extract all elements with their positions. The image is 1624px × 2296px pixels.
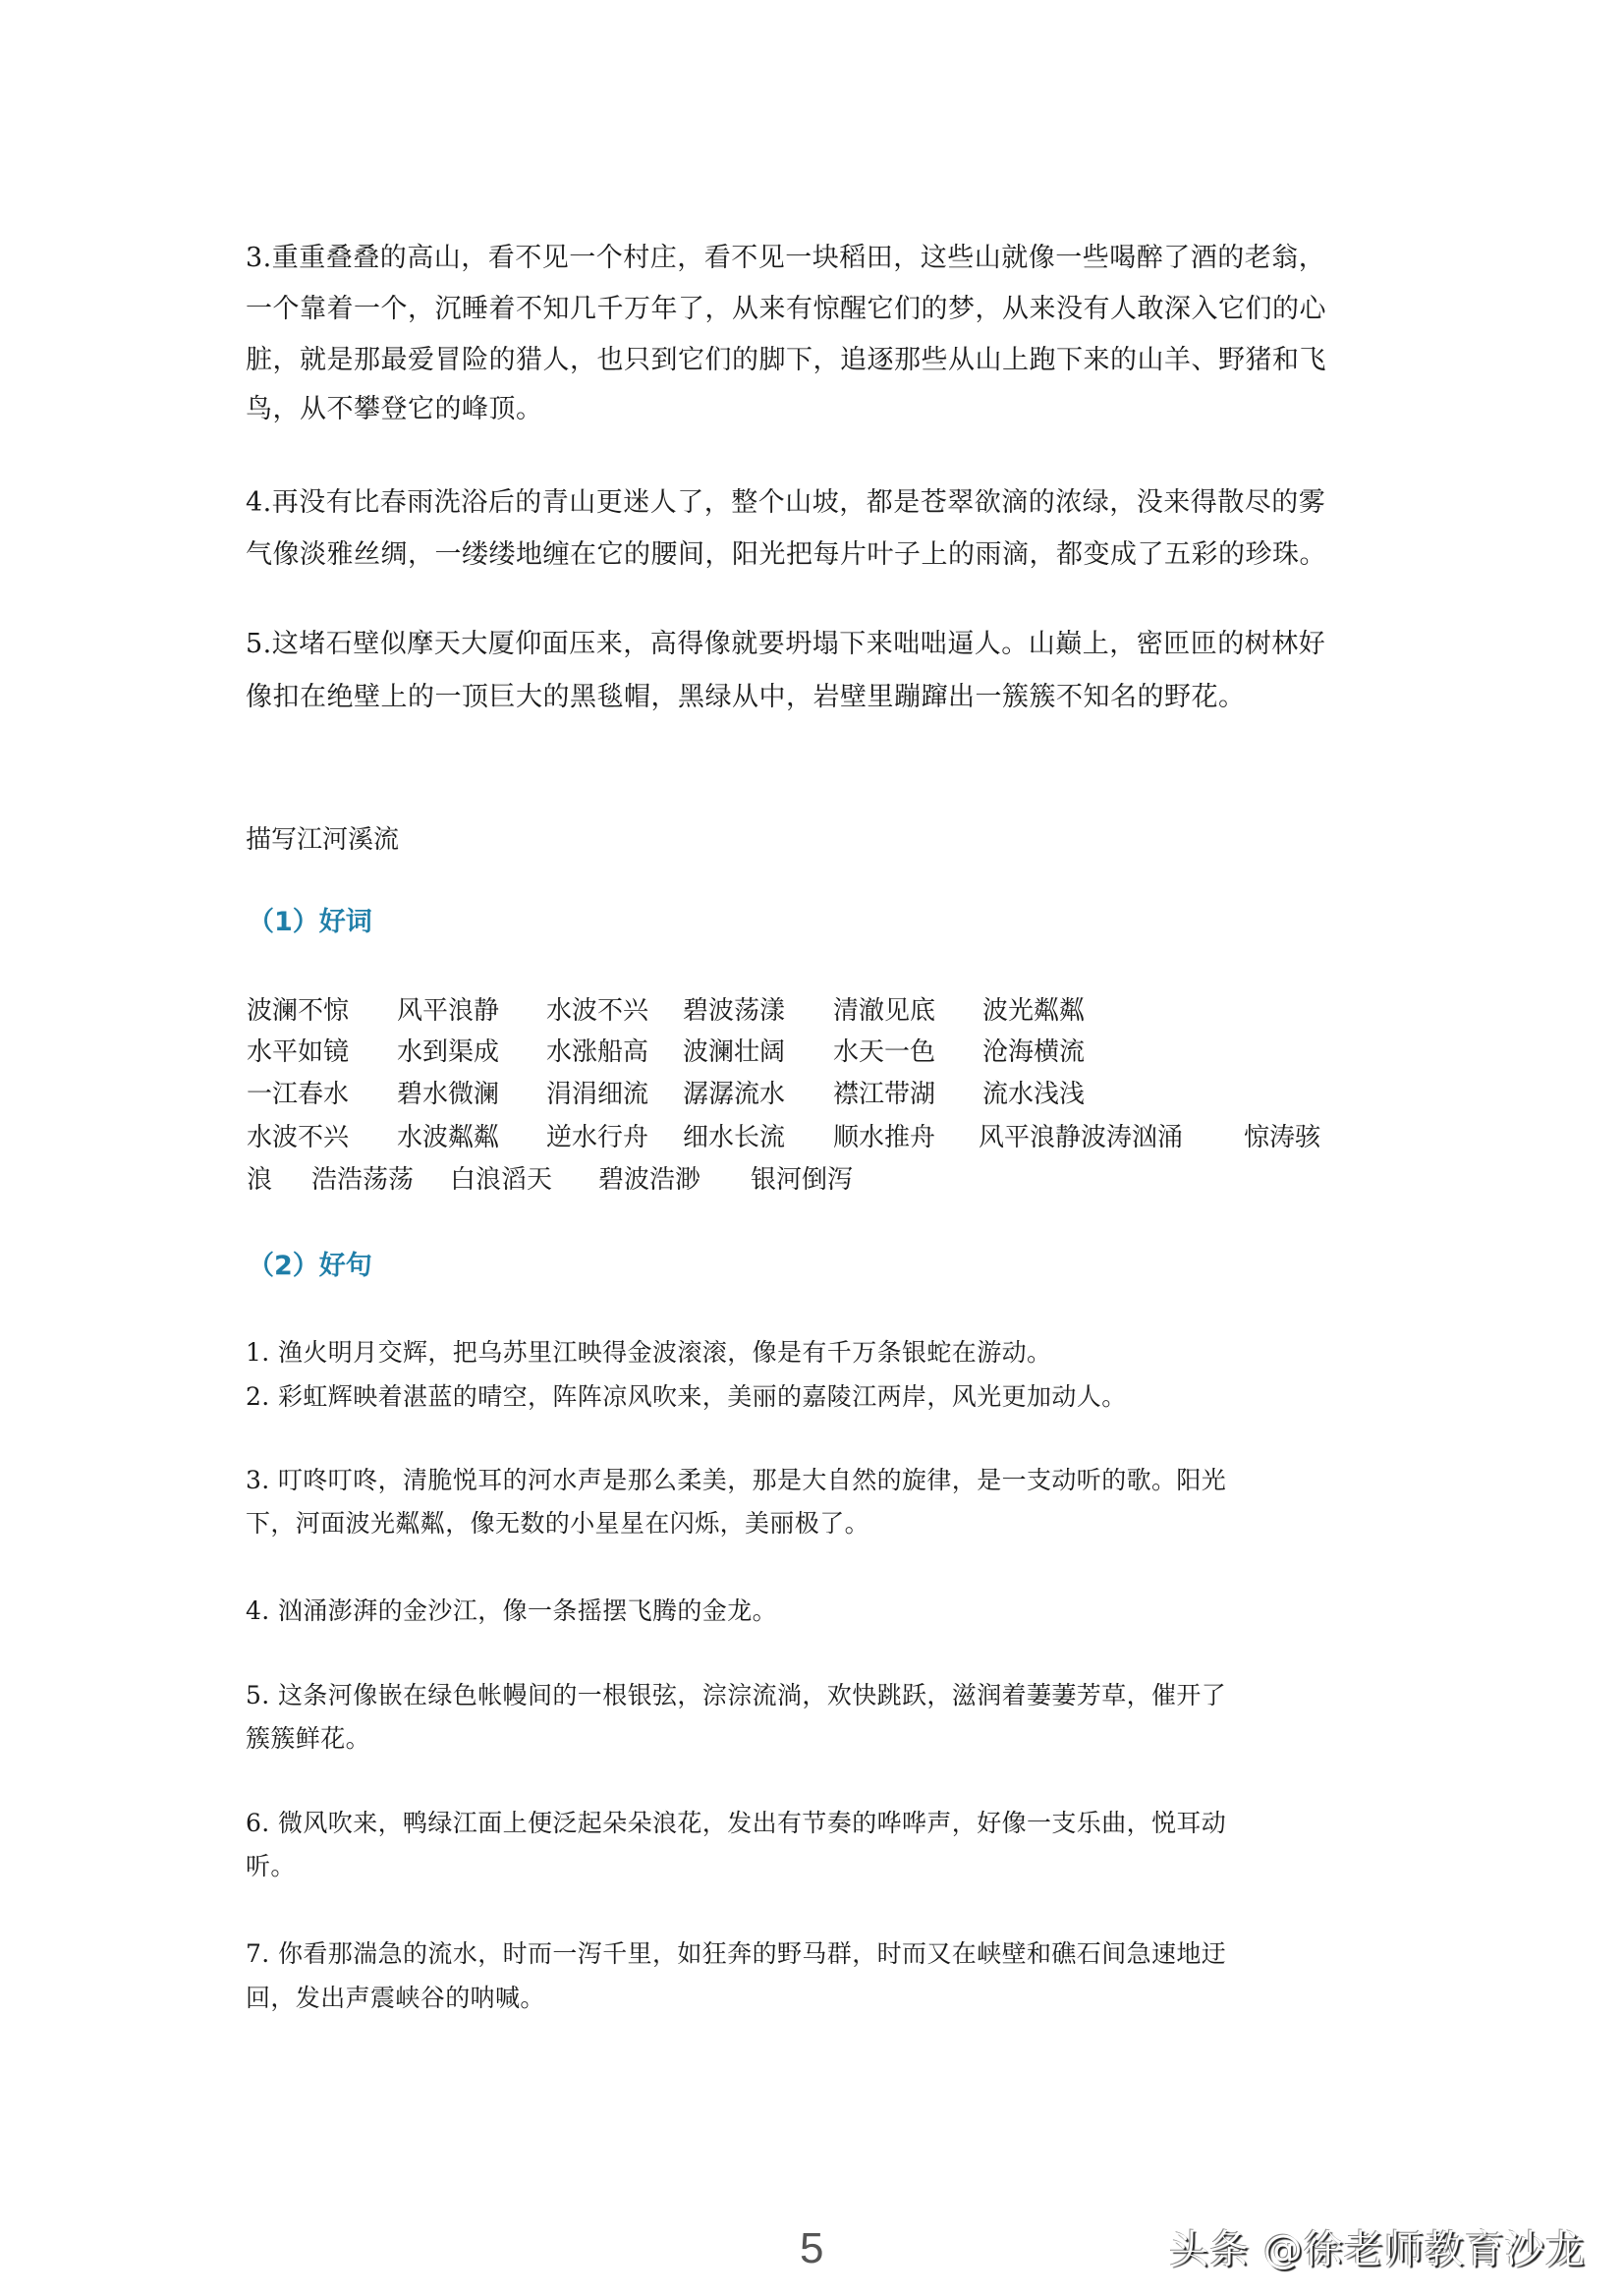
good-words-heading: （1）好词 bbox=[248, 906, 372, 939]
watermark: 头条 @徐老师教育沙龙 bbox=[1169, 2218, 1586, 2274]
page-number: 5 bbox=[800, 2224, 823, 2273]
sentence-line: 1. 渔火明月交辉，把乌苏里江映得金波滚滚，像是有千万条银蛇在游动。 bbox=[246, 1336, 1051, 1370]
sentence-line: 7. 你看那湍急的流水，时而一泻千里，如狂奔的野马群，时而又在峡壁和礁石间急速地… bbox=[246, 1937, 1226, 1971]
word-item: 水波不兴 bbox=[247, 1121, 349, 1154]
word-item: 流水浅浅 bbox=[982, 1078, 1085, 1111]
paragraph-line: 气像淡雅丝绸，一缕缕地缠在它的腰间，阳光把每片叶子上的雨滴，都变成了五彩的珍珠。 bbox=[246, 538, 1326, 572]
word-item: 浩浩荡荡 bbox=[311, 1163, 414, 1197]
word-item: 惊涛骇 bbox=[1244, 1121, 1320, 1154]
word-item: 细水长流 bbox=[683, 1121, 785, 1154]
word-item: 顺水推舟 bbox=[833, 1121, 935, 1154]
word-item: 水天一色 bbox=[833, 1036, 935, 1069]
word-item: 清澈见底 bbox=[833, 994, 935, 1028]
word-item: 沧海横流 bbox=[982, 1036, 1085, 1069]
sentence-line: 4. 汹涌澎湃的金沙江，像一条摇摆飞腾的金龙。 bbox=[246, 1595, 777, 1628]
paragraph-line: 4.再没有比春雨洗浴后的青山更迷人了，整个山坡，都是苍翠欲滴的浓绿，没来得散尽的… bbox=[246, 486, 1325, 520]
word-item: 波澜不惊 bbox=[247, 994, 349, 1028]
section-title: 描写江河溪流 bbox=[246, 823, 399, 857]
word-item: 水涨船高 bbox=[546, 1036, 648, 1069]
word-item: 一江春水 bbox=[247, 1078, 349, 1111]
word-item: 水波粼粼 bbox=[397, 1121, 499, 1154]
word-item: 白浪滔天 bbox=[450, 1163, 552, 1197]
sentence-line: 6. 微风吹来，鸭绿江面上便泛起朵朵浪花，发出有节奏的哗哗声，好像一支乐曲，悦耳… bbox=[246, 1807, 1226, 1840]
word-item: 银河倒泻 bbox=[751, 1163, 853, 1197]
word-item: 潺潺流水 bbox=[683, 1078, 785, 1111]
sentence-line: 2. 彩虹辉映着湛蓝的晴空，阵阵凉风吹来，美丽的嘉陵江两岸，风光更加动人。 bbox=[246, 1380, 1127, 1414]
paragraph-line: 脏，就是那最爱冒险的猎人，也只到它们的脚下，追逐那些从山上跑下来的山羊、野猪和飞 bbox=[246, 344, 1326, 377]
paragraph-line: 3.重重叠叠的高山，看不见一个村庄，看不见一块稻田，这些山就像一些喝醉了酒的老翁… bbox=[246, 242, 1325, 275]
word-item: 碧波浩渺 bbox=[598, 1163, 700, 1197]
sentence-line: 3. 叮咚叮咚，清脆悦耳的河水声是那么柔美，那是大自然的旋律，是一支动听的歌。阳… bbox=[246, 1464, 1226, 1497]
word-item: 水平如镜 bbox=[247, 1036, 349, 1069]
paragraph-line: 一个靠着一个，沉睡着不知几千万年了，从来有惊醒它们的梦，从来没有人敢深入它们的心 bbox=[246, 293, 1326, 326]
word-item: 碧波荡漾 bbox=[683, 994, 785, 1028]
paragraph-line: 像扣在绝壁上的一顶巨大的黑毯帽，黑绿从中，岩壁里蹦蹿出一簇簇不知名的野花。 bbox=[246, 681, 1246, 714]
word-item: 波澜壮阔 bbox=[683, 1036, 785, 1069]
sentence-line: 回，发出声震峡谷的呐喊。 bbox=[246, 1982, 545, 2015]
sentence-line: 听。 bbox=[246, 1850, 296, 1883]
word-item: 风平浪静波涛汹涌 bbox=[979, 1121, 1183, 1154]
word-item: 波光粼粼 bbox=[982, 994, 1085, 1028]
word-item: 水到渠成 bbox=[397, 1036, 499, 1069]
word-item: 襟江带湖 bbox=[833, 1078, 935, 1111]
good-sentences-heading: （2）好句 bbox=[248, 1250, 372, 1283]
sentence-line: 簇簇鲜花。 bbox=[246, 1722, 370, 1756]
paragraph-line: 鸟，从不攀登它的峰顶。 bbox=[246, 393, 543, 426]
word-item: 水波不兴 bbox=[546, 994, 648, 1028]
word-item: 碧水微澜 bbox=[397, 1078, 499, 1111]
word-item: 浪 bbox=[247, 1163, 272, 1197]
sentence-line: 5. 这条河像嵌在绿色帐幔间的一根银弦，淙淙流淌，欢快跳跃，滋润着萋萋芳草，催开… bbox=[246, 1679, 1226, 1712]
sentence-line: 下，河面波光粼粼，像无数的小星星在闪烁，美丽极了。 bbox=[246, 1507, 869, 1540]
paragraph-line: 5.这堵石壁似摩天大厦仰面压来，高得像就要坍塌下来咄咄逼人。山巅上，密匝匝的树林… bbox=[246, 628, 1325, 661]
word-item: 逆水行舟 bbox=[546, 1121, 648, 1154]
word-item: 风平浪静 bbox=[397, 994, 499, 1028]
word-item: 涓涓细流 bbox=[546, 1078, 648, 1111]
